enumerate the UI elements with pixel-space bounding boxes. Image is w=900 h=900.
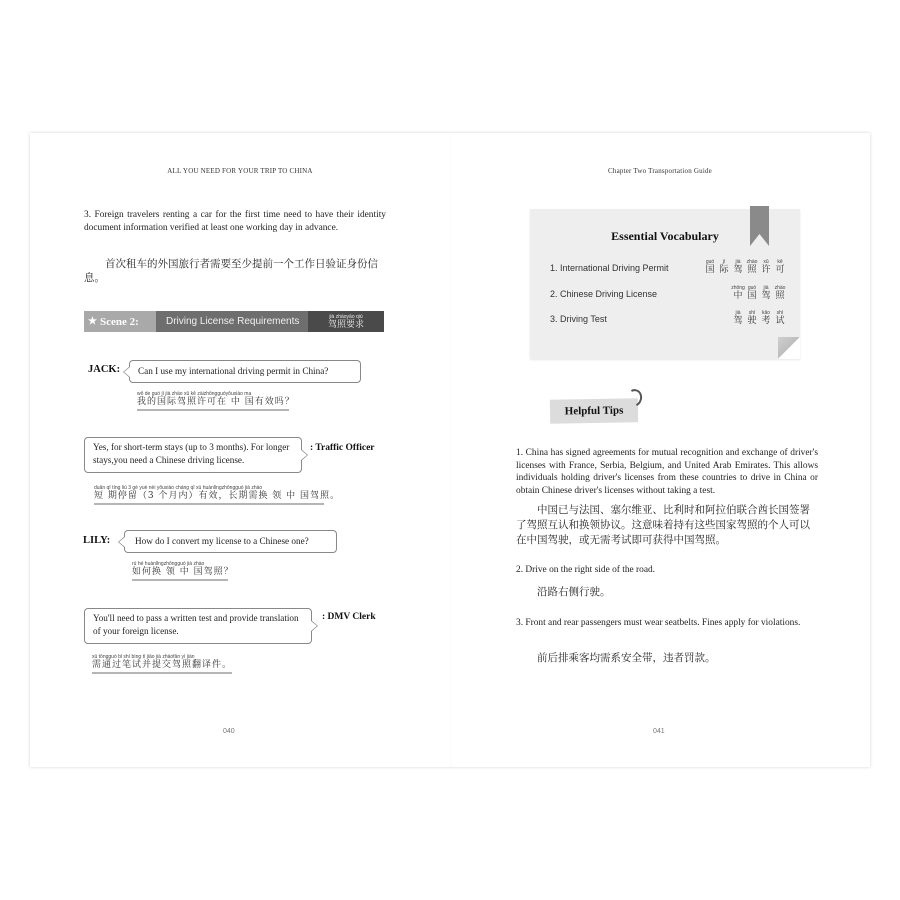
scene-label: Scene 2: [100,316,139,328]
vocab-term-en: 2. Chinese Driving License [550,289,657,299]
dialog-translation-jack: wǒ de guó jì jià zhào xǔ kě zàizhōngguóy… [137,391,289,411]
dialog-bubble-traffic-officer: Yes, for short-term stays (up to 3 month… [84,437,302,473]
char-hanzi: 照 [747,265,756,275]
scene-title: Driving License Requirements [156,311,308,332]
vocab-char: jì际 [719,259,729,275]
dialog-hanzi: 如何换 领 中 国驾照？ [132,567,228,578]
char-hanzi: 驾 [733,265,742,275]
speaker-traffic-officer: : Traffic Officer [310,443,375,453]
char-hanzi: 考 [761,316,770,326]
vocab-term-en: 1. International Driving Permit [550,263,669,273]
running-head-right: Chapter Two Transportation Guide [450,167,870,175]
vocab-char: shì试 [775,310,785,326]
tip-2-en: 2. Drive on the right side of the road. [516,564,818,577]
vocab-item: 3. Driving Test jià驾shǐ驶kǎo考shì试 [550,304,790,326]
vocab-char: jià驾 [733,259,743,275]
vocab-term-zh: guó国jì际jià驾zhào照xǔ许kě可 [705,259,785,275]
vocab-char: kǎo考 [761,310,771,326]
tip-1-zh: 中国已与法国、塞尔维亚、比利时和阿拉伯联合酋长国签署了驾照互认和换领协议。这意味… [516,503,818,548]
star-icon: ★ [88,316,97,327]
char-hanzi: 可 [775,265,784,275]
vocab-char: jià驾 [761,285,771,301]
dialog-translation-traffic-officer: duǎn qī tíng liú 3 gè yuè nèi yǒuxiào ch… [94,485,324,505]
dialog-bubble-lily: How do I convert my license to a Chinese… [124,530,337,553]
speaker-jack: JACK: [88,364,120,375]
vocab-char: guó国 [705,259,715,275]
char-hanzi: 国 [705,265,714,275]
left-page: ALL YOU NEED FOR YOUR TRIP TO CHINA 3. F… [30,133,450,767]
vocab-item: 2. Chinese Driving License zhōng中guó国jià… [550,279,790,301]
speaker-lily: LILY: [83,535,110,546]
tip-3-en: 3. Front and rear passengers must wear s… [516,617,818,630]
vocab-char: zhōng中 [733,285,743,301]
vocab-term-zh: jià驾shǐ驶kǎo考shì试 [733,310,785,326]
page-number-right: 041 [653,728,665,735]
dialog-bubble-jack: Can I use my international driving permi… [129,360,361,383]
char-hanzi: 国 [747,291,756,301]
right-page: Chapter Two Transportation Guide Essenti… [450,133,870,767]
intro-paragraph-en: 3. Foreign travelers renting a car for t… [84,209,386,234]
dialog-bubble-dmv-clerk: You'll need to pass a written test and p… [84,608,312,644]
vocab-char: shǐ驶 [747,310,757,326]
running-head-left: ALL YOU NEED FOR YOUR TRIP TO CHINA [30,167,450,175]
char-hanzi: 许 [761,265,770,275]
vocab-char: jià驾 [733,310,743,326]
char-hanzi: 际 [719,265,728,275]
vocab-term-zh: zhōng中guó国jià驾zhào照 [733,285,785,301]
scene-header: ★ Scene 2: Driving License Requirements … [84,311,384,332]
dialog-text: Yes, for short-term stays (up to 3 month… [93,442,289,465]
dialog-hanzi: 需通过笔试并提交驾照翻译件。 [92,660,232,671]
scene-title-hanzi: 驾照要求 [328,320,364,330]
dialog-translation-lily: rú hé huànlǐngzhōngguó jià zhào 如何换 领 中 … [132,561,228,581]
vocab-char: zhào照 [775,285,785,301]
char-hanzi: 中 [733,291,742,301]
char-hanzi: 试 [775,316,784,326]
char-hanzi: 驾 [761,291,770,301]
dialog-hanzi: 短 期停留（3 个月内）有效，长期需换 领 中 国驾照。 [94,491,324,502]
book-spread: ALL YOU NEED FOR YOUR TRIP TO CHINA 3. F… [30,133,870,767]
tip-1-en: 1. China has signed agreements for mutua… [516,447,818,497]
vocab-term-en: 3. Driving Test [550,314,607,324]
scene-tag: ★ Scene 2: [84,311,156,332]
intro-paragraph-zh: 首次租车的外国旅行者需要至少提前一个工作日验证身份信息。 [84,257,386,285]
dialog-translation-dmv-clerk: xū tōngguò bǐ shì bìng tí jiāo jià zhàof… [92,654,232,674]
tip-3-zh: 前后排乘客均需系安全带，违者罚款。 [516,651,818,665]
char-hanzi: 驶 [747,316,756,326]
dialog-text: You'll need to pass a written test and p… [93,613,299,636]
page-number-left: 040 [223,728,235,735]
vocab-char: guó国 [747,285,757,301]
page-curl-icon [778,337,800,359]
vocab-item: 1. International Driving Permit guó国jì际j… [550,253,790,275]
vocab-char: xǔ许 [761,259,771,275]
vocab-char: zhào照 [747,259,757,275]
vocab-char: kě可 [775,259,785,275]
char-hanzi: 照 [775,291,784,301]
helpful-tips-label: Helpful Tips [550,398,638,424]
dialog-hanzi: 我的国际驾照许可在 中 国有效吗？ [137,397,289,408]
scene-title-zh: jià zhàoyāo qiú 驾照要求 [308,311,384,332]
dialog-text: How do I convert my license to a Chinese… [135,536,309,546]
char-hanzi: 驾 [733,316,742,326]
tip-2-zh: 沿路右侧行驶。 [516,585,818,599]
speaker-dmv-clerk: : DMV Clerk [322,612,376,622]
dialog-text: Can I use my international driving permi… [138,366,328,376]
